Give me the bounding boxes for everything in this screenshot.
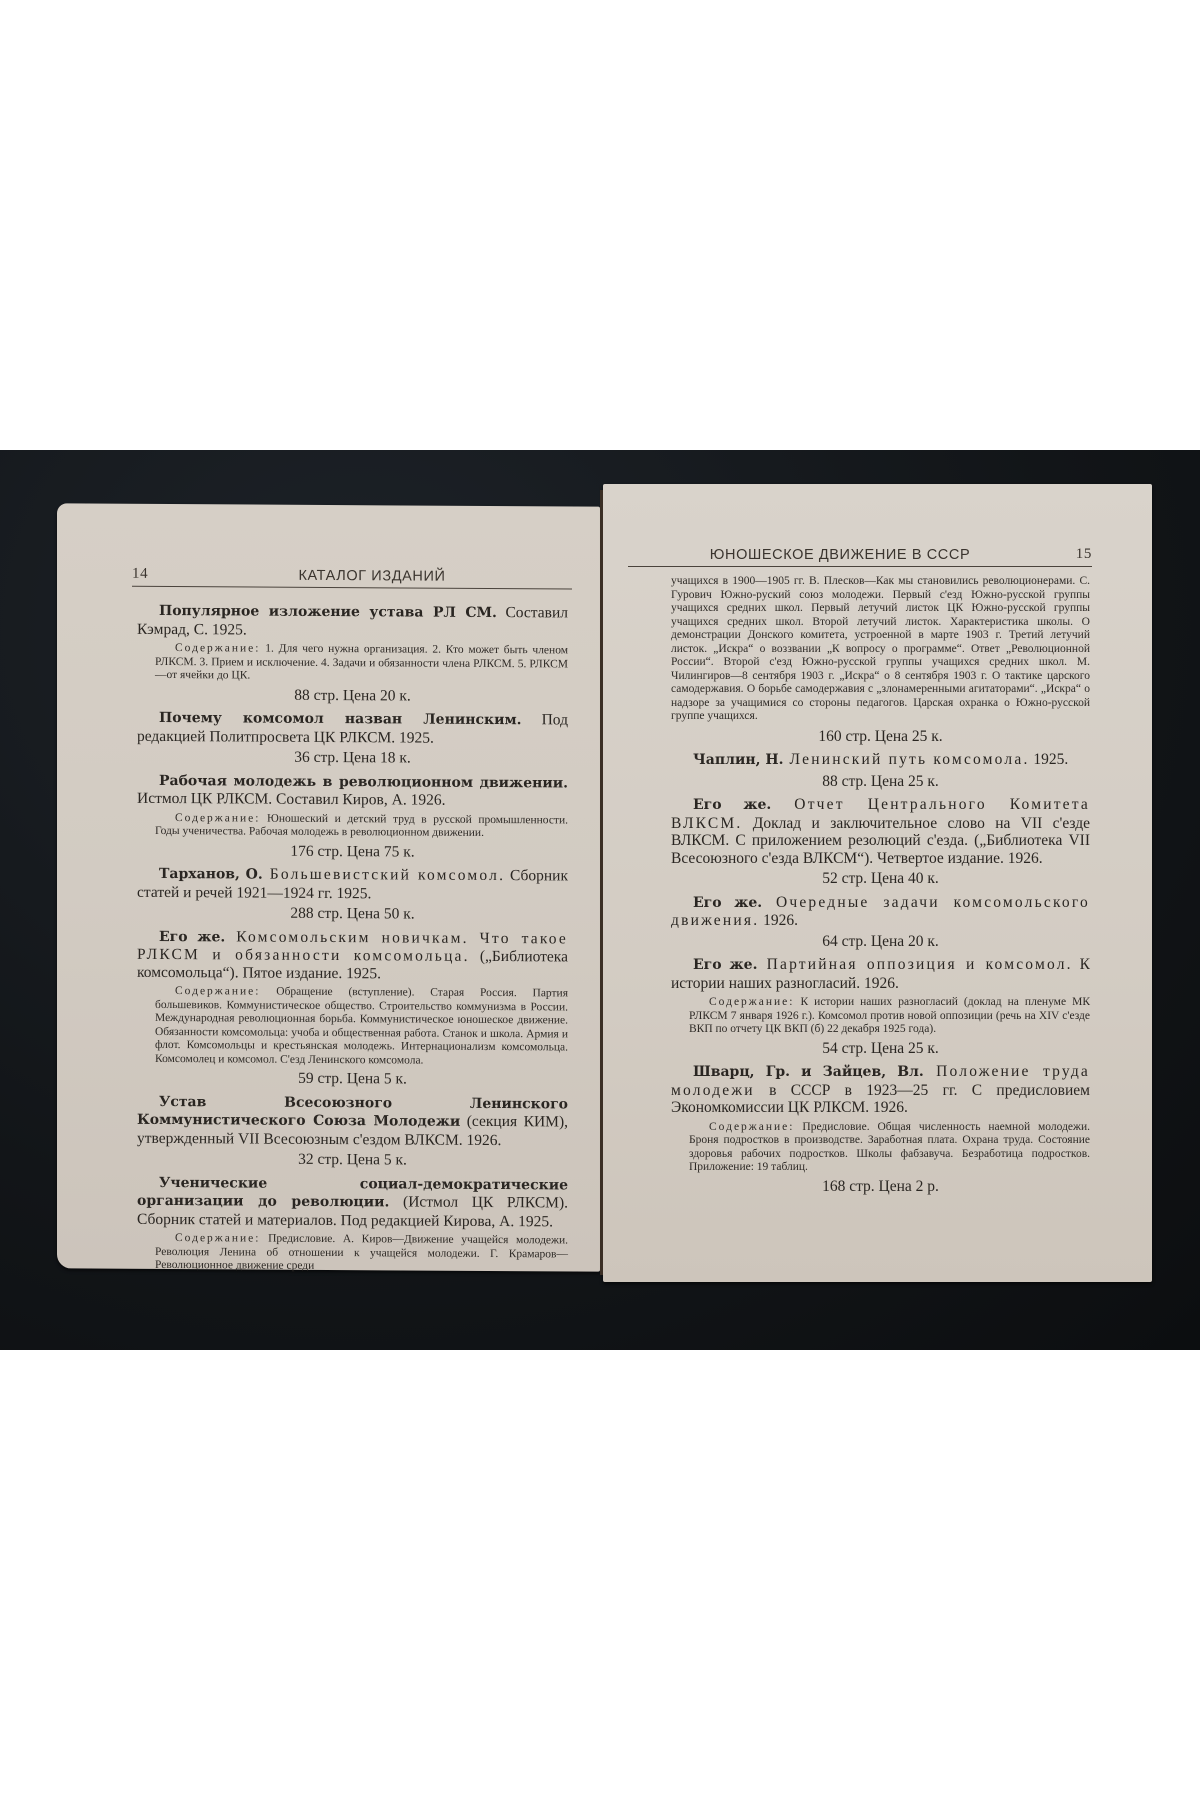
- contents-label: Содержание:: [175, 985, 260, 998]
- entry-title: Партийная оппозиция и комсомол.: [757, 956, 1072, 973]
- catalog-entry: Популярное изложение устава РЛ СМ. Соста…: [137, 602, 568, 706]
- book-spine-gutter: [600, 490, 603, 1275]
- entry-price: 168 стр. Цена 2 р.: [671, 1178, 1090, 1196]
- entry-title: Большевистский комсомол.: [263, 866, 505, 884]
- entry-price: 160 стр. Цена 25 к.: [671, 728, 1090, 746]
- contents-text: учащихся в 1900—1905 гг. В. Плесков—Как …: [671, 575, 1090, 724]
- entry-price: 176 стр. Цена 75 к.: [137, 841, 568, 861]
- catalog-entry: Его же. Очередные задачи комсомольского …: [671, 894, 1090, 951]
- entry-price: 52 стр. Цена 40 к.: [671, 870, 1090, 888]
- contents-label: Содержание:: [175, 812, 260, 825]
- entry-author: Тарханов, О.: [159, 866, 263, 883]
- running-title: КАТАЛОГ ИЗДАНИЙ: [172, 567, 572, 585]
- contents-text: Обращение (вступление). Старая Россия. П…: [155, 986, 568, 1066]
- catalog-entry: Почему комсомол назван Ленинским. Под ре…: [137, 709, 568, 768]
- entry-title: Почему комсомол назван Ленинским.: [159, 710, 522, 728]
- entry-price: 32 стр. Цена 5 к.: [137, 1150, 568, 1170]
- entry-author: Его же.: [693, 797, 771, 813]
- catalog-entry: Его же. Партийная оппозиция и комсомол. …: [671, 956, 1090, 1057]
- catalog-entry: Его же. Отчет Центрального Комитета ВЛКС…: [671, 796, 1090, 888]
- entry-details: 1925.: [1030, 751, 1069, 768]
- catalog-entry: Тарханов, О. Большевистский комсомол. Сб…: [137, 865, 568, 924]
- entry-price: 64 стр. Цена 20 к.: [671, 933, 1090, 951]
- entry-title: Ленинский путь комсомола.: [783, 751, 1029, 768]
- entry-author: Чаплин, Н.: [693, 752, 783, 768]
- contents-label: Содержание:: [709, 1121, 794, 1133]
- right-page: ЮНОШЕСКОЕ ДВИЖЕНИЕ В СССР 15 учащихся в …: [603, 484, 1152, 1282]
- page-number: 15: [1076, 546, 1092, 563]
- left-column: Популярное изложение устава РЛ СМ. Соста…: [137, 602, 568, 1281]
- entry-details: 1926.: [759, 912, 798, 929]
- catalog-entry: Рабочая молодежь в революционном движени…: [137, 771, 568, 861]
- entry-details: Истмол ЦК РЛКСМ. Составил Киров, А. 1926…: [137, 790, 445, 809]
- running-title: ЮНОШЕСКОЕ ДВИЖЕНИЕ В СССР: [628, 547, 1052, 563]
- entry-price: 36 стр. Цена 18 к.: [137, 748, 568, 768]
- entry-author: Шварц, Гр. и Зайцев, Вл.: [693, 1064, 924, 1080]
- contents-label: Содержание:: [175, 642, 260, 655]
- left-page: 14 КАТАЛОГ ИЗДАНИЙ Популярное изложение …: [57, 503, 600, 1271]
- entry-author: Его же.: [159, 928, 225, 944]
- page-number: 14: [132, 566, 148, 583]
- entry-author: Его же.: [693, 957, 757, 973]
- catalog-entry: Шварц, Гр. и Зайцев, Вл. Положение труда…: [671, 1063, 1090, 1195]
- entry-title: Популярное изложение устава РЛ СМ.: [159, 603, 497, 621]
- catalog-entry-continuation: учащихся в 1900—1905 гг. В. Плесков—Как …: [671, 575, 1090, 745]
- left-running-head: 14 КАТАЛОГ ИЗДАНИЙ: [132, 564, 572, 590]
- entry-price: 88 стр. Цена 25 к.: [671, 773, 1090, 791]
- contents-label: Содержание:: [709, 996, 794, 1008]
- catalog-entry: Чаплин, Н. Ленинский путь комсомола. 192…: [671, 751, 1090, 790]
- entry-price: 88 стр. Цена 20 к.: [137, 685, 568, 705]
- contents-label: Содержание:: [175, 1232, 260, 1245]
- entry-author: Его же.: [693, 895, 762, 911]
- entry-price: 59 стр. Цена 5 к.: [137, 1069, 568, 1089]
- entry-price: 54 стр. Цена 25 к.: [671, 1040, 1090, 1058]
- catalog-entry: Устав Всесоюзного Ленинского Коммунистич…: [137, 1092, 568, 1170]
- catalog-entry: Ученические социал-демократические орган…: [137, 1173, 568, 1275]
- entry-price: 288 стр. Цена 50 к.: [137, 904, 568, 924]
- right-running-head: ЮНОШЕСКОЕ ДВИЖЕНИЕ В СССР 15: [628, 544, 1092, 567]
- entry-title: Рабочая молодежь в революционном движени…: [159, 772, 568, 790]
- catalog-entry: Его же. Комсомольским новичкам. Что тако…: [137, 927, 568, 1089]
- right-column: учащихся в 1900—1905 гг. В. Плесков—Как …: [671, 575, 1090, 1201]
